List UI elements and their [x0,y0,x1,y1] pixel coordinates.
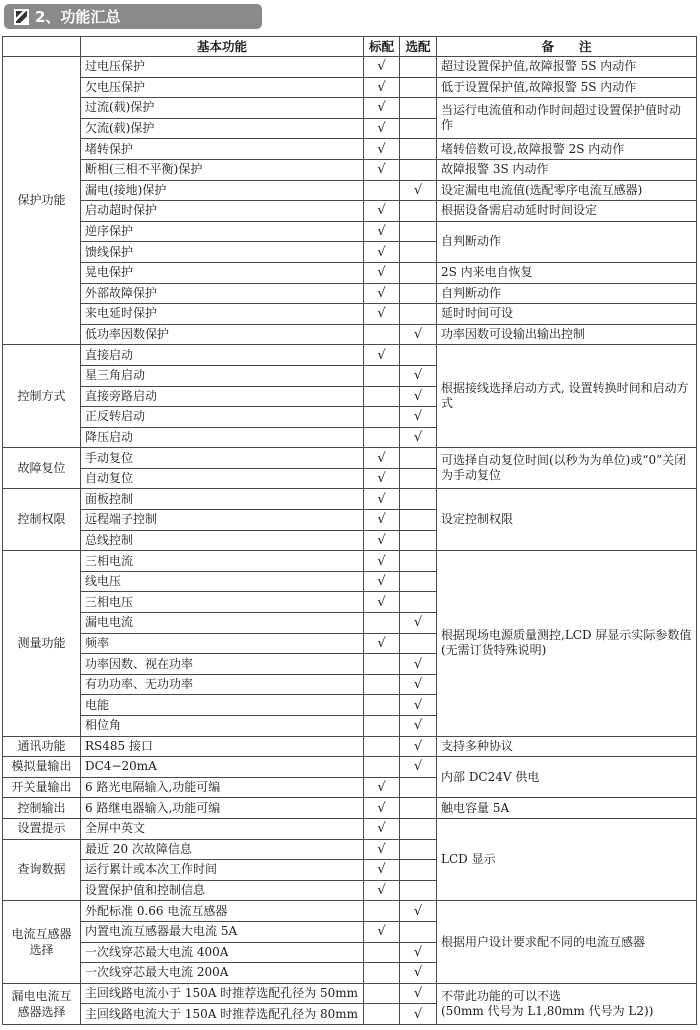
remark-cell: 支持多种协议 [437,736,697,757]
category-cell: 控制输出 [3,798,81,819]
standard-check-cell: √ [364,839,400,860]
table-row: 控制权限面板控制√设定控制权限 [3,489,697,510]
standard-check-cell: √ [364,468,400,489]
standard-check-cell: √ [364,921,400,942]
optional-check-cell: √ [400,324,437,345]
remark-cell: 设定漏电电流值(选配零序电流互感器) [437,180,697,201]
feature-cell: DC4−20mA [81,757,364,778]
standard-check-cell: √ [364,571,400,592]
category-cell: 保护功能 [3,57,81,345]
function-summary-table: 基本功能 标配 选配 备 注 保护功能过电压保护√超过设置保护值,故障报警 5S… [2,36,697,1025]
header-standard: 标配 [364,37,400,57]
table-row: 保护功能过电压保护√超过设置保护值,故障报警 5S 内动作 [3,57,697,78]
optional-check-cell [400,118,437,139]
remark-cell: 堵转倍数可设,故障报警 2S 内动作 [437,139,697,160]
standard-check-cell [364,180,400,201]
feature-cell: 馈线保护 [81,242,364,263]
feature-cell: 面板控制 [81,489,364,510]
table-row: 欠电压保护√低于设置保护值,故障报警 5S 内动作 [3,77,697,98]
standard-check-cell [364,654,400,675]
feature-cell: 直接旁路启动 [81,386,364,407]
remark-cell: 触电容量 5A [437,798,697,819]
category-cell: 漏电电流互感器选择 [3,983,81,1024]
remark-cell: 不带此功能的可以不选 (50mm 代号为 L1,80mm 代号为 L2)) [437,983,697,1024]
category-cell: 控制方式 [3,345,81,448]
feature-cell: 远程端子控制 [81,510,364,531]
feature-cell: 过流(载)保护 [81,98,364,119]
feature-cell: 自动复位 [81,468,364,489]
standard-check-cell: √ [364,345,400,366]
category-cell: 故障复位 [3,448,81,489]
feature-cell: 逆序保护 [81,221,364,242]
feature-cell: 三相电压 [81,592,364,613]
optional-check-cell [400,818,437,839]
optional-check-cell: √ [400,674,437,695]
feature-cell: 频率 [81,633,364,654]
standard-check-cell [364,407,400,428]
standard-check-cell: √ [364,242,400,263]
standard-check-cell: √ [364,118,400,139]
standard-check-cell: √ [364,77,400,98]
feature-cell: 外部故障保护 [81,283,364,304]
optional-check-cell [400,571,437,592]
table-row: 来电延时保护√延时时间可设 [3,304,697,325]
optional-check-cell [400,551,437,572]
optional-check-cell [400,592,437,613]
table-row: 晃电保护√2S 内来电自恢复 [3,262,697,283]
category-cell: 电流互感器选择 [3,901,81,983]
standard-check-cell: √ [364,880,400,901]
feature-cell: 三相电流 [81,551,364,572]
table-row: 漏电(接地)保护√设定漏电电流值(选配零序电流互感器) [3,180,697,201]
feature-cell: 一次线穿芯最大电流 200A [81,963,364,984]
table-row: 设置提示全屏中英文√LCD 显示 [3,818,697,839]
table-header-row: 基本功能 标配 选配 备 注 [3,37,697,57]
optional-check-cell: √ [400,1004,437,1025]
optional-check-cell [400,159,437,180]
feature-cell: 电能 [81,695,364,716]
table-row: 漏电电流互感器选择主回线路电流小于 150A 时推荐选配孔径为 50mm√不带此… [3,983,697,1004]
standard-check-cell [364,695,400,716]
remark-cell: 低于设置保护值,故障报警 5S 内动作 [437,77,697,98]
optional-check-cell: √ [400,695,437,716]
feature-cell: 漏电电流 [81,613,364,634]
remark-cell: 2S 内来电自恢复 [437,262,697,283]
remark-cell: 功率因数可设输出输出控制 [437,324,697,345]
category-cell: 测量功能 [3,551,81,736]
feature-cell: 外配标准 0.66 电流互感器 [81,901,364,922]
standard-check-cell: √ [364,777,400,798]
remark-cell: 超过设置保护值,故障报警 5S 内动作 [437,57,697,78]
optional-check-cell: √ [400,901,437,922]
standard-check-cell [364,942,400,963]
optional-check-cell [400,221,437,242]
optional-check-cell [400,510,437,531]
optional-check-cell [400,777,437,798]
optional-check-cell: √ [400,613,437,634]
feature-cell: 有功功率、无功功率 [81,674,364,695]
optional-check-cell: √ [400,983,437,1004]
optional-check-cell [400,530,437,551]
feature-cell: 相位角 [81,716,364,737]
optional-check-cell [400,798,437,819]
optional-check-cell: √ [400,654,437,675]
header-basic-function: 基本功能 [81,37,364,57]
table-row: 故障复位手动复位√可选择自动复位时间(以秒为为单位)或“0”关闭为手动复位 [3,448,697,469]
table-row: 逆序保护√自判断动作 [3,221,697,242]
standard-check-cell: √ [364,57,400,78]
feature-cell: 功率因数、视在功率 [81,654,364,675]
standard-check-cell: √ [364,98,400,119]
standard-check-cell: √ [364,592,400,613]
feature-cell: 堵转保护 [81,139,364,160]
feature-cell: 设置保护值和控制信息 [81,880,364,901]
optional-check-cell: √ [400,427,437,448]
optional-check-cell: √ [400,407,437,428]
feature-cell: 内置电流互感器最大电流 5A [81,921,364,942]
standard-check-cell: √ [364,283,400,304]
standard-check-cell: √ [364,304,400,325]
feature-cell: RS485 接口 [81,736,364,757]
optional-check-cell [400,283,437,304]
standard-check-cell: √ [364,551,400,572]
category-cell: 控制权限 [3,489,81,551]
remark-cell: 根据设备需启动延时时间设定 [437,201,697,222]
section-title: 2、功能汇总 [35,6,120,27]
table-row: 测量功能三相电流√根据现场电源质量测控,LCD 屏显示实际参数值(无需订货特殊说… [3,551,697,572]
standard-check-cell [364,757,400,778]
standard-check-cell: √ [364,818,400,839]
table-row: 控制输出6 路继电器输入,功能可编√触电容量 5A [3,798,697,819]
remark-cell: 设定控制权限 [437,489,697,551]
feature-cell: 线电压 [81,571,364,592]
remark-cell: 延时时间可设 [437,304,697,325]
optional-check-cell: √ [400,180,437,201]
standard-check-cell: √ [364,201,400,222]
optional-check-cell [400,633,437,654]
optional-check-cell [400,860,437,881]
feature-cell: 断相(三相不平衡)保护 [81,159,364,180]
standard-check-cell [364,716,400,737]
header-category [3,37,81,57]
feature-cell: 全屏中英文 [81,818,364,839]
standard-check-cell [364,963,400,984]
standard-check-cell [364,983,400,1004]
feature-cell: 星三角启动 [81,365,364,386]
standard-check-cell [364,386,400,407]
table-row: 堵转保护√堵转倍数可设,故障报警 2S 内动作 [3,139,697,160]
feature-cell: 6 路继电器输入,功能可编 [81,798,364,819]
document-icon [14,9,29,25]
feature-cell: 运行累计或本次工作时间 [81,860,364,881]
optional-check-cell [400,304,437,325]
feature-cell: 过电压保护 [81,57,364,78]
standard-check-cell: √ [364,159,400,180]
standard-check-cell [364,736,400,757]
optional-check-cell [400,880,437,901]
feature-cell: 正反转启动 [81,407,364,428]
standard-check-cell: √ [364,530,400,551]
feature-cell: 来电延时保护 [81,304,364,325]
feature-cell: 漏电(接地)保护 [81,180,364,201]
optional-check-cell [400,201,437,222]
optional-check-cell: √ [400,365,437,386]
standard-check-cell [364,901,400,922]
table-body: 保护功能过电压保护√超过设置保护值,故障报警 5S 内动作欠电压保护√低于设置保… [3,57,697,1025]
standard-check-cell [364,427,400,448]
feature-cell: 主回线路电流小于 150A 时推荐选配孔径为 50mm [81,983,364,1004]
standard-check-cell: √ [364,221,400,242]
optional-check-cell [400,448,437,469]
table-row: 电流互感器选择外配标准 0.66 电流互感器√根据用户设计要求配不同的电流互感器 [3,901,697,922]
standard-check-cell: √ [364,489,400,510]
optional-check-cell [400,98,437,119]
standard-check-cell [364,324,400,345]
optional-check-cell [400,468,437,489]
standard-check-cell: √ [364,262,400,283]
optional-check-cell: √ [400,942,437,963]
optional-check-cell [400,242,437,263]
category-cell: 查询数据 [3,839,81,901]
header-optional: 选配 [400,37,437,57]
optional-check-cell [400,77,437,98]
remark-cell: 故障报警 3S 内动作 [437,159,697,180]
table-row: 过流(载)保护√当运行电流值和动作时间超过设置保护值时动作 [3,98,697,119]
standard-check-cell: √ [364,448,400,469]
remark-cell: 内部 DC24V 供电 [437,757,697,798]
table-row: 低功率因数保护√功率因数可设输出输出控制 [3,324,697,345]
category-cell: 通讯功能 [3,736,81,757]
feature-cell: 低功率因数保护 [81,324,364,345]
optional-check-cell [400,345,437,366]
remark-cell: 自判断动作 [437,283,697,304]
remark-cell: 根据用户设计要求配不同的电流互感器 [437,901,697,983]
standard-check-cell [364,1004,400,1025]
feature-cell: 启动超时保护 [81,201,364,222]
standard-check-cell: √ [364,510,400,531]
remark-cell: 当运行电流值和动作时间超过设置保护值时动作 [437,98,697,139]
remark-cell: 根据现场电源质量测控,LCD 屏显示实际参数值(无需订货特殊说明) [437,551,697,736]
table-row: 模拟量输出DC4−20mA√内部 DC24V 供电 [3,757,697,778]
remark-cell: LCD 显示 [437,818,697,900]
section-title-bar: 2、功能汇总 [4,4,262,29]
standard-check-cell [364,613,400,634]
table-row: 通讯功能RS485 接口√支持多种协议 [3,736,697,757]
remark-cell: 根据接线选择启动方式, 设置转换时间和启动方式 [437,345,697,448]
category-cell: 开关量输出 [3,777,81,798]
header-remarks: 备 注 [437,37,697,57]
feature-cell: 总线控制 [81,530,364,551]
optional-check-cell [400,839,437,860]
feature-cell: 晃电保护 [81,262,364,283]
standard-check-cell: √ [364,860,400,881]
category-cell: 模拟量输出 [3,757,81,778]
optional-check-cell: √ [400,736,437,757]
optional-check-cell [400,139,437,160]
standard-check-cell [364,674,400,695]
remark-cell: 自判断动作 [437,221,697,262]
feature-cell: 手动复位 [81,448,364,469]
feature-cell: 降压启动 [81,427,364,448]
table-row: 断相(三相不平衡)保护√故障报警 3S 内动作 [3,159,697,180]
optional-check-cell: √ [400,716,437,737]
standard-check-cell: √ [364,633,400,654]
category-cell: 设置提示 [3,818,81,839]
optional-check-cell [400,57,437,78]
feature-cell: 一次线穿芯最大电流 400A [81,942,364,963]
table-row: 启动超时保护√根据设备需启动延时时间设定 [3,201,697,222]
feature-cell: 欠流(载)保护 [81,118,364,139]
standard-check-cell: √ [364,798,400,819]
feature-cell: 欠电压保护 [81,77,364,98]
standard-check-cell [364,365,400,386]
feature-cell: 直接启动 [81,345,364,366]
feature-cell: 6 路光电隔输入,功能可编 [81,777,364,798]
table-row: 外部故障保护√自判断动作 [3,283,697,304]
remark-cell: 可选择自动复位时间(以秒为为单位)或“0”关闭为手动复位 [437,448,697,489]
optional-check-cell [400,262,437,283]
feature-cell: 主回线路电流大于 150A 时推荐选配孔径为 80mm [81,1004,364,1025]
optional-check-cell: √ [400,386,437,407]
standard-check-cell: √ [364,139,400,160]
optional-check-cell: √ [400,757,437,778]
optional-check-cell [400,489,437,510]
optional-check-cell [400,921,437,942]
feature-cell: 最近 20 次故障信息 [81,839,364,860]
table-row: 控制方式直接启动√根据接线选择启动方式, 设置转换时间和启动方式 [3,345,697,366]
optional-check-cell: √ [400,963,437,984]
